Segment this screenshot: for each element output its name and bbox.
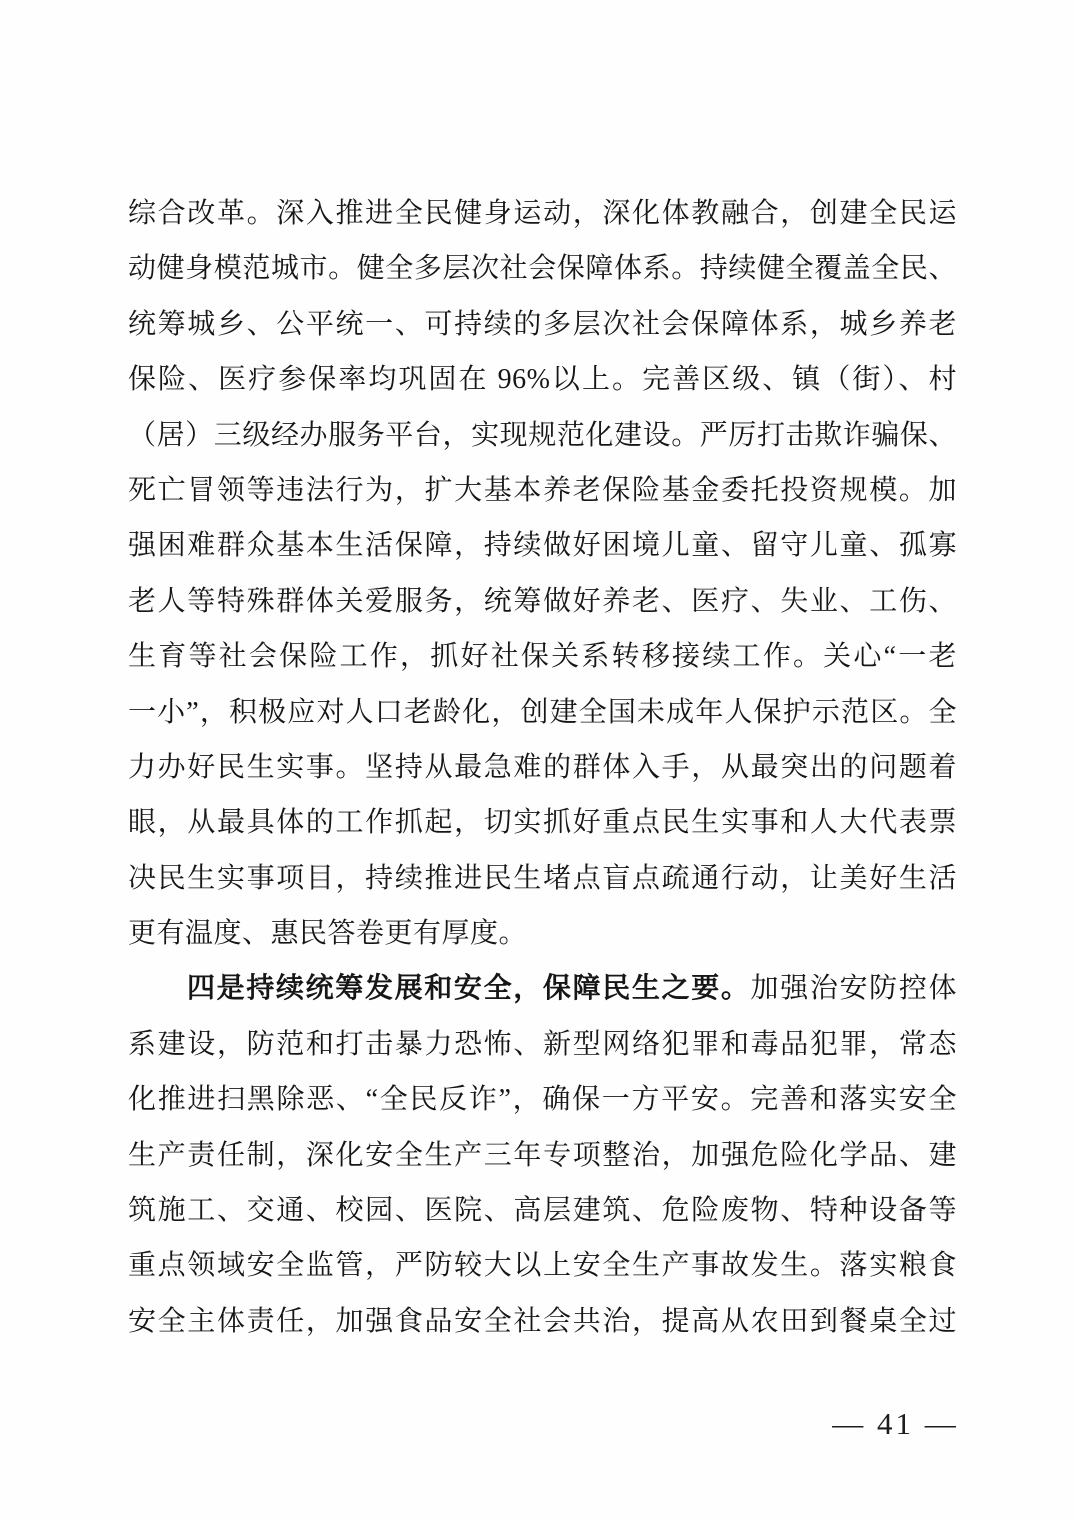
section-lead-rest: 加强治安防控体 — [751, 973, 957, 1004]
text-line: 眼，从最具体的工作抓起，切实抓好重点民生实事和人大代表票 — [128, 795, 957, 850]
text-line: 筑施工、交通、校园、医院、高层建筑、危险废物、特种设备等 — [128, 1183, 957, 1238]
section-heading-bold: 四是持续统筹发展和安全，保障民生之要。 — [187, 973, 751, 1004]
text-line: 统筹城乡、公平统一、可持续的多层次社会保障体系，城乡养老 — [128, 297, 957, 352]
text-line: 力办好民生实事。坚持从最急难的群体入手，从最突出的问题着 — [128, 740, 957, 795]
text-line: 死亡冒领等违法行为，扩大基本养老保险基金委托投资规模。加 — [128, 463, 957, 518]
text-line: 一小”，积极应对人口老龄化，创建全国未成年人保护示范区。全 — [128, 685, 957, 740]
text-line: 生育等社会保险工作，抓好社保关系转移接续工作。关心“一老 — [128, 629, 957, 684]
text-line: 重点领域安全监管，严防较大以上安全生产事故发生。落实粮食 — [128, 1238, 957, 1293]
text-line: 强困难群众基本生活保障，持续做好困境儿童、留守儿童、孤寡 — [128, 518, 957, 573]
body-text: 综合改革。深入推进全民健身运动，深化体教融合，创建全民运 动健身模范城市。健全多… — [128, 186, 957, 1349]
text-line: 动健身模范城市。健全多层次社会保障体系。持续健全覆盖全民、 — [128, 241, 957, 296]
text-line: 老人等特殊群体关爱服务，统筹做好养老、医疗、失业、工伤、 — [128, 574, 957, 629]
text-line: 决民生实事项目，持续推进民生堵点盲点疏通行动，让美好生活 — [128, 851, 957, 906]
text-line: （居）三级经办服务平台，实现规范化建设。严厉打击欺诈骗保、 — [128, 408, 957, 463]
text-line: 生产责任制，深化安全生产三年专项整治，加强危险化学品、建 — [128, 1128, 957, 1183]
text-line: 保险、医疗参保率均巩固在 96%以上。完善区级、镇（街）、村 — [128, 352, 957, 407]
text-line: 综合改革。深入推进全民健身运动，深化体教融合，创建全民运 — [128, 186, 957, 241]
text-line: 化推进扫黑除恶、“全民反诈”，确保一方平安。完善和落实安全 — [128, 1072, 957, 1127]
page-number: — 41 — — [813, 1404, 978, 1444]
document-page: 综合改革。深入推进全民健身运动，深化体教融合，创建全民运 动健身模范城市。健全多… — [0, 0, 1074, 1520]
text-line: 安全主体责任，加强食品安全社会共治，提高从农田到餐桌全过 — [128, 1294, 957, 1349]
text-line-paragraph-end: 更有温度、惠民答卷更有厚度。 — [128, 906, 957, 961]
text-line: 系建设，防范和打击暴力恐怖、新型网络犯罪和毒品犯罪，常态 — [128, 1017, 957, 1072]
text-line-section-lead: 四是持续统筹发展和安全，保障民生之要。加强治安防控体 — [128, 961, 957, 1016]
